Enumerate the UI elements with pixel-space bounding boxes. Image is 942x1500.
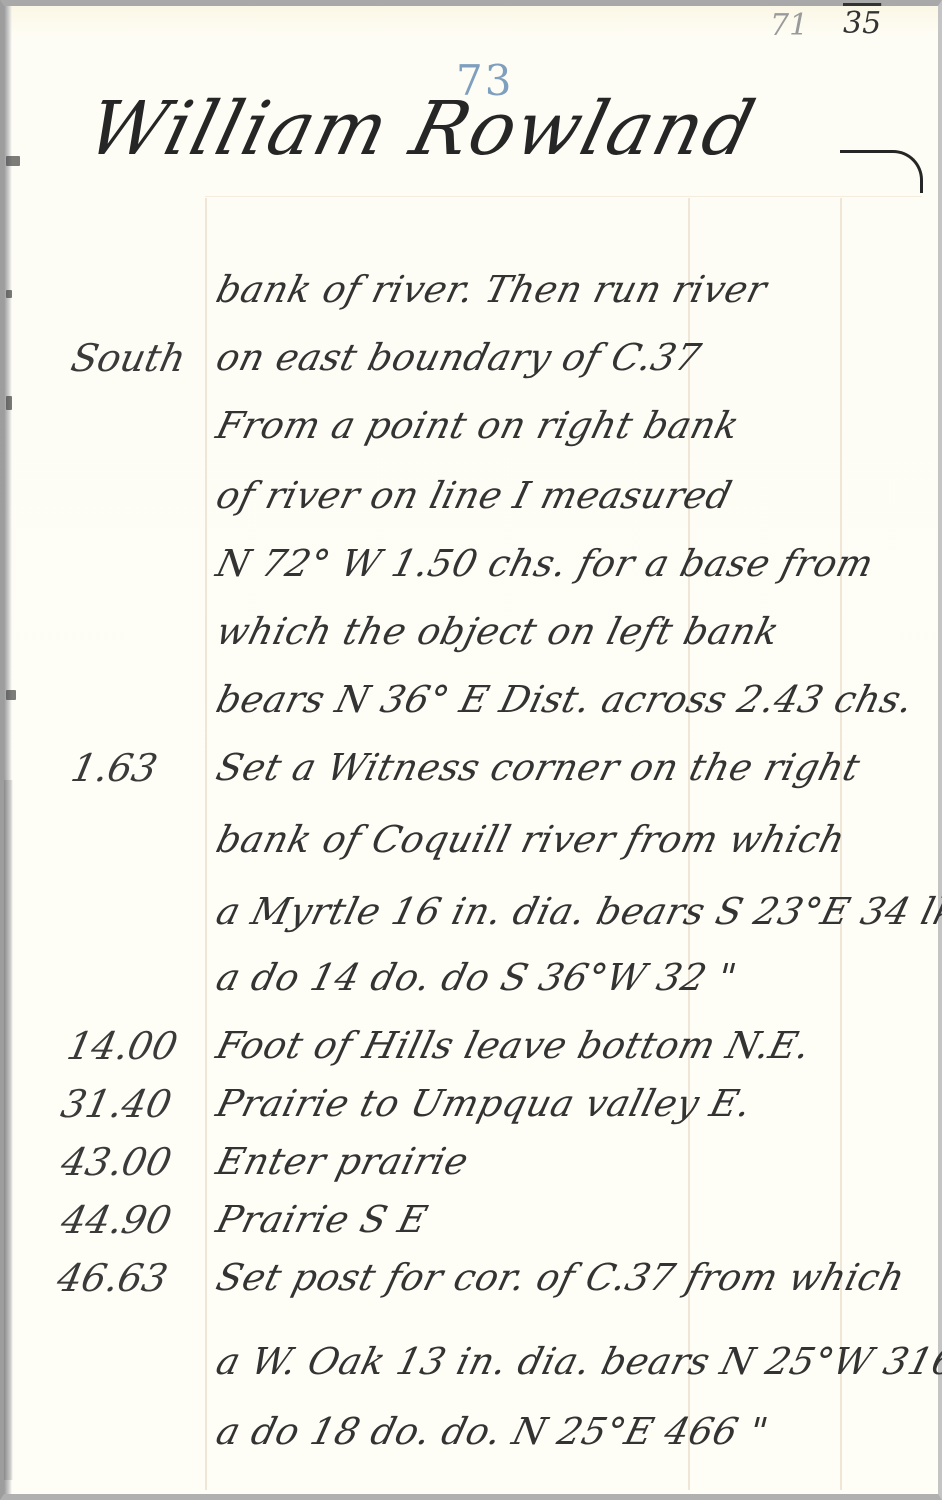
note-line: Prairie to Umpqua valley E.: [212, 1082, 756, 1125]
note-line: a Myrtle 16 in. dia. bears S 23°E 34 lks…: [212, 890, 942, 933]
note-line: a do 18 do. do. N 25°E 466 ": [212, 1410, 773, 1453]
note-line: of river on line I measured: [212, 474, 736, 517]
margin-entry: 14.00: [63, 1024, 181, 1068]
note-line: a do 14 do. do S 36°W 32 ": [212, 956, 741, 999]
margin-entry: 1.63: [67, 746, 161, 790]
note-line: a W. Oak 13 in. dia. bears N 25°W 316 lk…: [212, 1340, 942, 1383]
note-line: From a point on right bank: [212, 404, 744, 447]
note-line: bank of river. Then run river: [212, 268, 771, 311]
margin-entry: 31.40: [57, 1082, 175, 1126]
signature-flourish: [840, 150, 923, 193]
folio-ink-number: 35: [843, 6, 881, 41]
margin-entry: 44.90: [57, 1198, 175, 1242]
note-line: Set post for cor. of C.37 from which: [212, 1256, 909, 1299]
margin-rule: [205, 198, 207, 1490]
note-line: Enter prairie: [212, 1140, 473, 1183]
binding-shadow: [4, 780, 13, 1480]
folio-pencil-number: 71: [770, 8, 808, 43]
margin-entry: 43.00: [57, 1140, 175, 1184]
margin-entry: South: [67, 336, 189, 380]
header-rule: [205, 196, 922, 197]
note-line: bears N 36° E Dist. across 2.43 chs.: [212, 678, 918, 721]
note-line: on east boundary of C.37: [212, 336, 705, 379]
note-line: Prairie S E: [212, 1198, 432, 1241]
binding-mark: [6, 156, 20, 166]
note-line: bank of Coquill river from which: [212, 818, 850, 861]
binding-mark: [6, 690, 16, 700]
binding-mark: [6, 290, 12, 298]
binding-mark: [6, 396, 12, 410]
note-line: which the object on left bank: [212, 610, 784, 653]
note-line: N 72° W 1.50 chs. for a base from: [212, 542, 878, 585]
note-line: Foot of Hills leave bottom N.E.: [212, 1024, 815, 1067]
margin-entry: 46.63: [53, 1256, 171, 1300]
note-line: Set a Witness corner on the right: [212, 746, 864, 789]
surveyor-signature: William Rowland: [79, 86, 764, 172]
